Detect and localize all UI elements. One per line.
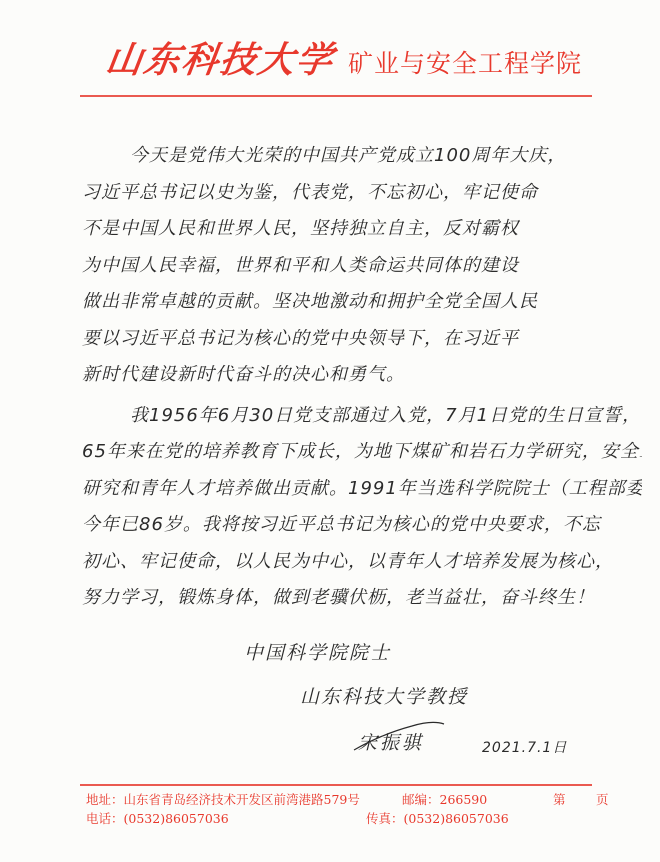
footer-postcode: 邮编：266590 (402, 790, 487, 809)
footer-phone: 电话：(0532)86057036 (86, 809, 229, 828)
signature-date: 2021.7.1日 (482, 737, 567, 757)
signature-name: 宋振骐 (358, 728, 424, 755)
letter-line: 我1956年6月30日党支部通过入党，7月1日党的生日宣誓， (82, 398, 642, 435)
footer-address: 地址：山东省青岛经济技术开发区前湾港路579号 (86, 790, 360, 809)
letter-line: 为中国人民幸福，世界和平和人类命运共同体的建设 (82, 248, 642, 285)
letter-line: 习近平总书记以史为鉴，代表党，不忘初心，牢记使命 (82, 175, 642, 212)
letter-page: 山东科技大学 矿业与安全工程学院 今天是党伟大光荣的中国共产党成立100周年大庆… (0, 0, 660, 862)
signature-org-line-1: 中国科学院院士 (244, 638, 391, 665)
footer-fax: 传真：(0532)86057036 (366, 809, 509, 828)
letter-line: 65年来在党的培养教育下成长，为地下煤矿和岩石力学研究，安全工程 (82, 434, 642, 471)
header-divider (80, 95, 592, 97)
handwritten-letter-body: 今天是党伟大光荣的中国共产党成立100周年大庆， 习近平总书记以史为鉴，代表党，… (82, 138, 642, 617)
university-name: 山东科技大学 (103, 42, 336, 78)
letter-line: 今天是党伟大光荣的中国共产党成立100周年大庆， (82, 138, 642, 175)
letter-line: 不是中国人民和世界人民，坚持独立自主，反对霸权 (82, 211, 642, 248)
letterhead: 山东科技大学 矿业与安全工程学院 (106, 28, 582, 78)
footer-row-contact: 电话：(0532)86057036 传真：(0532)86057036 (86, 809, 606, 828)
signature-org-line-2: 山东科技大学教授 (300, 682, 468, 709)
footer-divider (80, 784, 592, 786)
college-name: 矿业与安全工程学院 (348, 51, 582, 78)
letterhead-footer: 地址：山东省青岛经济技术开发区前湾港路579号 邮编：266590 第 页 电话… (86, 790, 606, 828)
letter-line: 新时代建设新时代奋斗的决心和勇气。 (82, 357, 642, 394)
letter-line: 今年已86岁。我将按习近平总书记为核心的党中央要求，不忘 (82, 507, 642, 544)
letter-line: 研究和青年人才培养做出贡献。1991年当选科学院院士（工程部委员） (82, 471, 642, 508)
letter-line: 努力学习，锻炼身体，做到老骥伏枥，老当益壮，奋斗终生！ (82, 580, 642, 617)
letter-line: 要以习近平总书记为核心的党中央领导下，在习近平 (82, 321, 642, 358)
footer-page-label: 第 (553, 790, 566, 809)
footer-page-suffix: 页 (596, 790, 609, 809)
letter-line: 初心、牢记使命，以人民为中心，以青年人才培养发展为核心， (82, 544, 642, 581)
letter-line: 做出非常卓越的贡献。坚决地激动和拥护全党全国人民 (82, 284, 642, 321)
footer-row-address: 地址：山东省青岛经济技术开发区前湾港路579号 邮编：266590 第 页 (86, 790, 606, 809)
